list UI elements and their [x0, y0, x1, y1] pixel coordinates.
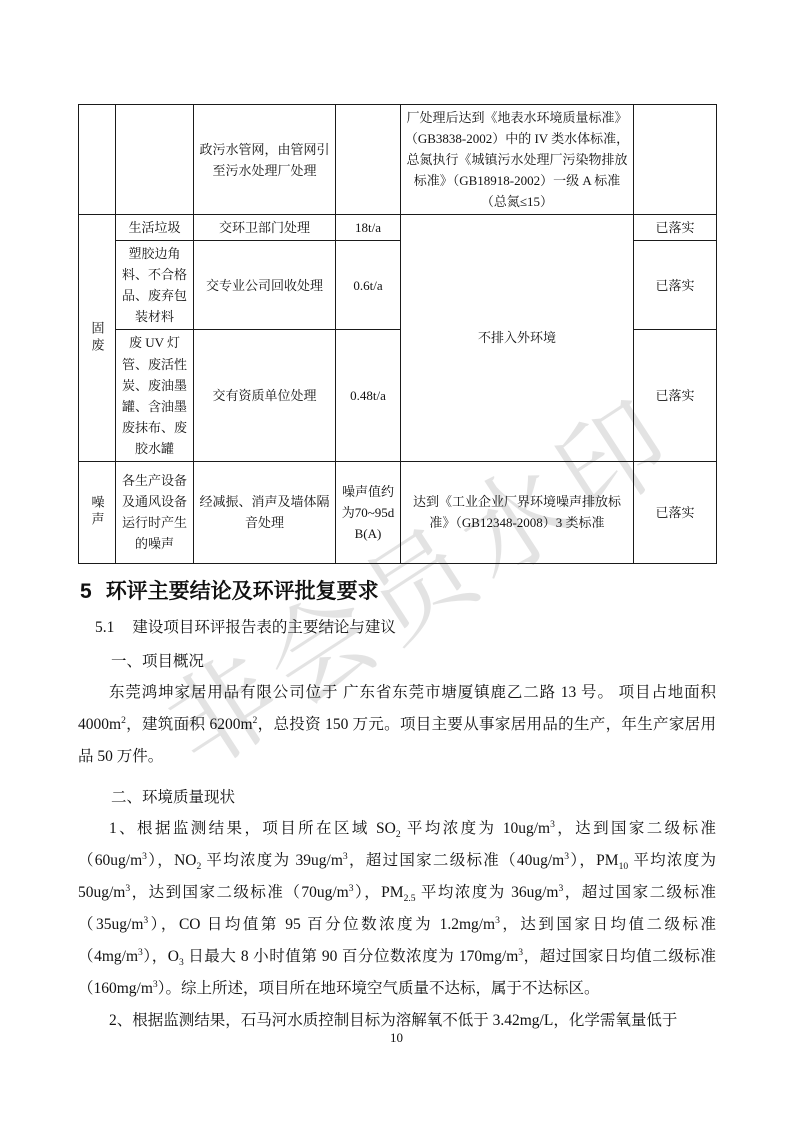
- section-title: 环评主要结论及环评批复要求: [106, 580, 379, 603]
- cell-category-empty: [79, 105, 116, 215]
- document-page: 非会员水印 政污水管网，由管网引至污水处理厂处理 厂处理后达到《地表水环境质量标…: [0, 0, 793, 1122]
- cell-treatment: 交有资质单位处理: [194, 330, 336, 461]
- table-row-carryover: 政污水管网，由管网引至污水处理厂处理 厂处理后达到《地表水环境质量标准》（GB3…: [79, 105, 717, 215]
- cell-name: 生活垃圾: [116, 215, 194, 241]
- cell-standard-merged: 不排入外环境: [401, 215, 634, 462]
- cell-amount-empty: [336, 105, 401, 215]
- cell-name: 废 UV 灯管、废活性炭、废油墨罐、含油墨废抹布、废胶水罐: [116, 330, 194, 461]
- cell-status: 已落实: [634, 215, 717, 241]
- cell-category-noise: 噪声: [79, 461, 116, 563]
- subsection-heading: 5.1建设项目环评报告表的主要结论与建议: [95, 617, 716, 639]
- cell-status: 已落实: [634, 330, 717, 461]
- cell-name: 塑胶边角料、不合格品、废弃包装材料: [116, 241, 194, 330]
- cell-amount: 18t/a: [336, 215, 401, 241]
- paragraph-air-quality: 1、根据监测结果，项目所在区域 SO2 平均浓度为 10ug/m3，达到国家二级…: [78, 813, 716, 1005]
- cell-name: 各生产设备及通风设备运行时产生的噪声: [116, 461, 194, 563]
- subsection-title: 建设项目环评报告表的主要结论与建议: [132, 619, 396, 636]
- section-heading: 5环评主要结论及环评批复要求: [80, 578, 716, 606]
- cell-treatment: 交环卫部门处理: [194, 215, 336, 241]
- cell-amount: 0.48t/a: [336, 330, 401, 461]
- section-number: 5: [80, 580, 92, 603]
- cell-amount: 噪声值约为70~95dB(A): [336, 461, 401, 563]
- subsection-number: 5.1: [95, 619, 114, 636]
- cell-name-empty: [116, 105, 194, 215]
- cell-standard: 达到《工业企业厂界环境噪声排放标准》（GB12348-2008）3 类标准: [401, 461, 634, 563]
- cell-treatment: 经减振、消声及墙体隔音处理: [194, 461, 336, 563]
- paragraph-project-overview: 东莞鸿坤家居用品有限公司位于 广东省东莞市塘厦镇鹿乙二路 13 号。 项目占地面…: [78, 677, 716, 773]
- cell-treatment: 交专业公司回收处理: [194, 241, 336, 330]
- cell-status: 已落实: [634, 241, 717, 330]
- part1-title: 一、项目概况: [111, 651, 716, 673]
- cell-treatment: 政污水管网，由管网引至污水处理厂处理: [194, 105, 336, 215]
- table-row-noise: 噪声 各生产设备及通风设备运行时产生的噪声 经减振、消声及墙体隔音处理 噪声值约…: [79, 461, 717, 563]
- cell-category-solid-waste: 固废: [79, 215, 116, 462]
- cell-standard: 厂处理后达到《地表水环境质量标准》（GB3838-2002）中的 IV 类水体标…: [401, 105, 634, 215]
- part2-title: 二、环境质量现状: [111, 787, 716, 809]
- page-content: 政污水管网，由管网引至污水处理厂处理 厂处理后达到《地表水环境质量标准》（GB3…: [78, 104, 716, 1037]
- measures-table: 政污水管网，由管网引至污水处理厂处理 厂处理后达到《地表水环境质量标准》（GB3…: [78, 104, 717, 564]
- cell-amount: 0.6t/a: [336, 241, 401, 330]
- cell-status-empty: [634, 105, 717, 215]
- cell-status: 已落实: [634, 461, 717, 563]
- page-number: 10: [0, 1030, 793, 1046]
- table-row-solid-waste-1: 固废 生活垃圾 交环卫部门处理 18t/a 不排入外环境 已落实: [79, 215, 717, 241]
